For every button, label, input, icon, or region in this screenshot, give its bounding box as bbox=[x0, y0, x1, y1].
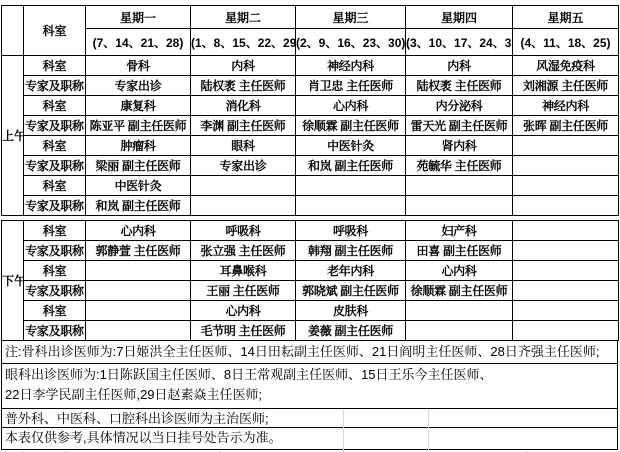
day-header: 星期五 bbox=[513, 6, 619, 29]
expert-cell: 陈亚平 副主任医师 bbox=[86, 116, 191, 136]
dept-cell: 呼吸科 bbox=[191, 221, 296, 241]
expert-cell: 徐顺霖 副主任医师 bbox=[406, 281, 513, 301]
row-label: 科室 bbox=[24, 261, 86, 281]
corner-empty-cell bbox=[2, 6, 24, 56]
dept-cell bbox=[513, 136, 619, 156]
row-label: 科室 bbox=[24, 96, 86, 116]
row-label: 专家及职称 bbox=[24, 116, 86, 136]
expert-cell: 和岚 副主任医师 bbox=[296, 156, 406, 176]
dept-cell: 消化科 bbox=[191, 96, 296, 116]
day-dates: (1、8、15、22、29) bbox=[191, 29, 296, 56]
expert-cell bbox=[86, 321, 191, 341]
footnotes: 注:骨科出诊医师为:7日姬洪全主任医师、14日田耘副主任医师、21日阎明主任医师… bbox=[1, 341, 618, 450]
expert-cell bbox=[296, 196, 406, 216]
dept-cell bbox=[406, 176, 513, 196]
row-label: 科室 bbox=[24, 56, 86, 76]
table-row: 专家及职称 梁丽 副主任医师 专家出诊 和岚 副主任医师 苑毓华 主任医师 bbox=[2, 156, 619, 176]
dept-cell bbox=[86, 261, 191, 281]
dept-cell: 耳鼻喉科 bbox=[191, 261, 296, 281]
day-header: 星期二 bbox=[191, 6, 296, 29]
dept-cell bbox=[86, 301, 191, 321]
day-dates: (3、10、17、24、31) bbox=[406, 29, 513, 56]
dept-cell: 眼科 bbox=[191, 136, 296, 156]
day-dates: (2、9、16、23、30) bbox=[296, 29, 406, 56]
dept-cell: 呼吸科 bbox=[296, 221, 406, 241]
dept-cell: 老年内科 bbox=[296, 261, 406, 281]
row-label: 科室 bbox=[24, 176, 86, 196]
row-label: 科室 bbox=[24, 301, 86, 321]
dept-cell: 心内科 bbox=[406, 261, 513, 281]
day-dates: (4、11、18、25) bbox=[513, 29, 619, 56]
expert-cell bbox=[513, 281, 619, 301]
expert-cell: 姜薇 副主任医师 bbox=[296, 321, 406, 341]
expert-cell bbox=[513, 321, 619, 341]
gridline bbox=[343, 409, 344, 450]
row-label: 专家及职称 bbox=[24, 241, 86, 261]
expert-cell: 雷天光 副主任医师 bbox=[406, 116, 513, 136]
expert-cell: 李渊 副主任医师 bbox=[191, 116, 296, 136]
expert-cell bbox=[406, 321, 513, 341]
expert-cell bbox=[513, 196, 619, 216]
table-row: 专家及职称 专家出诊 陆权袤 主任医师 肖卫忠 主任医师 陆权袤 主任医师 刘湘… bbox=[2, 76, 619, 96]
row-label: 专家及职称 bbox=[24, 281, 86, 301]
row-label: 科室 bbox=[24, 136, 86, 156]
expert-cell: 田喜 副主任医师 bbox=[406, 241, 513, 261]
table-row: 下午 科室 心内科 呼吸科 呼吸科 妇产科 bbox=[2, 221, 619, 241]
expert-cell: 专家出诊 bbox=[191, 156, 296, 176]
dept-cell: 肾内科 bbox=[406, 136, 513, 156]
dept-cell: 康复科 bbox=[86, 96, 191, 116]
expert-cell: 徐顺霖 副主任医师 bbox=[296, 116, 406, 136]
row-label: 专家及职称 bbox=[24, 76, 86, 96]
expert-cell: 郭晓斌 副主任医师 bbox=[296, 281, 406, 301]
expert-cell: 王丽 主任医师 bbox=[191, 281, 296, 301]
expert-cell: 苑毓华 主任医师 bbox=[406, 156, 513, 176]
dept-cell: 骨科 bbox=[86, 56, 191, 76]
dept-cell bbox=[191, 176, 296, 196]
expert-cell bbox=[86, 281, 191, 301]
gridline bbox=[428, 409, 429, 450]
expert-cell bbox=[513, 241, 619, 261]
note-line: 本表仅供参考,具体情况以当日挂号处告示为准。 bbox=[1, 428, 618, 450]
table-row: 专家及职称 郭静萱 主任医师 张立强 主任医师 韩翔 副主任医师 田喜 副主任医… bbox=[2, 241, 619, 261]
expert-cell: 梁丽 副主任医师 bbox=[86, 156, 191, 176]
dept-cell: 心内科 bbox=[86, 221, 191, 241]
dept-cell: 中医针灸 bbox=[86, 176, 191, 196]
day-header: 星期四 bbox=[406, 6, 513, 29]
dept-cell: 肿瘤科 bbox=[86, 136, 191, 156]
dept-cell bbox=[406, 301, 513, 321]
dept-cell: 神经内科 bbox=[513, 96, 619, 116]
expert-cell bbox=[513, 156, 619, 176]
expert-cell bbox=[406, 196, 513, 216]
dept-cell bbox=[513, 221, 619, 241]
note-line: 眼科出诊医师为:1日陈跃国主任医师、8日王常观副主任医师、15日王乐今主任医师、… bbox=[1, 364, 618, 409]
note-line: 注:骨科出诊医师为:7日姬洪全主任医师、14日田耘副主任医师、21日阎明主任医师… bbox=[1, 341, 618, 364]
period-afternoon-label: 下午 bbox=[2, 221, 24, 341]
corner-label: 科室 bbox=[24, 6, 86, 56]
table-row: 专家及职称 和岚 副主任医师 bbox=[2, 196, 619, 216]
schedule-sheet: 科室 星期一 星期二 星期三 星期四 星期五 (7、14、21、28) (1、8… bbox=[0, 0, 620, 452]
expert-cell: 肖卫忠 主任医师 bbox=[296, 76, 406, 96]
dept-cell bbox=[513, 301, 619, 321]
table-row: 科室 康复科 消化科 心内科 内分泌科 神经内科 bbox=[2, 96, 619, 116]
dept-cell: 心内科 bbox=[296, 96, 406, 116]
expert-cell: 和岚 副主任医师 bbox=[86, 196, 191, 216]
dept-cell bbox=[513, 176, 619, 196]
dept-cell: 内科 bbox=[406, 56, 513, 76]
table-row: 科室 耳鼻喉科 老年内科 心内科 bbox=[2, 261, 619, 281]
dept-cell: 内分泌科 bbox=[406, 96, 513, 116]
day-header-row: 科室 星期一 星期二 星期三 星期四 星期五 bbox=[2, 6, 619, 29]
expert-cell: 陆权袤 主任医师 bbox=[191, 76, 296, 96]
table-row: 上午 科室 骨科 内科 神经内科 内科 风湿免疫科 bbox=[2, 56, 619, 76]
schedule-table: 科室 星期一 星期二 星期三 星期四 星期五 (7、14、21、28) (1、8… bbox=[1, 5, 619, 341]
row-label: 专家及职称 bbox=[24, 156, 86, 176]
expert-cell: 郭静萱 主任医师 bbox=[86, 241, 191, 261]
expert-cell: 张立强 主任医师 bbox=[191, 241, 296, 261]
day-header: 星期三 bbox=[296, 6, 406, 29]
table-row: 专家及职称 毛节明 主任医师 姜薇 副主任医师 bbox=[2, 321, 619, 341]
dept-cell: 神经内科 bbox=[296, 56, 406, 76]
dept-cell bbox=[513, 261, 619, 281]
table-row: 科室 肿瘤科 眼科 中医针灸 肾内科 bbox=[2, 136, 619, 156]
dept-cell: 风湿免疫科 bbox=[513, 56, 619, 76]
expert-cell: 毛节明 主任医师 bbox=[191, 321, 296, 341]
row-label: 专家及职称 bbox=[24, 321, 86, 341]
expert-cell: 张晖 副主任医师 bbox=[513, 116, 619, 136]
dept-cell bbox=[296, 176, 406, 196]
dept-cell: 中医针灸 bbox=[296, 136, 406, 156]
row-label: 专家及职称 bbox=[24, 196, 86, 216]
expert-cell: 韩翔 副主任医师 bbox=[296, 241, 406, 261]
expert-cell bbox=[191, 196, 296, 216]
table-row: 科室 心内科 皮肤科 bbox=[2, 301, 619, 321]
expert-cell: 专家出诊 bbox=[86, 76, 191, 96]
day-header: 星期一 bbox=[86, 6, 191, 29]
dept-cell: 内科 bbox=[191, 56, 296, 76]
table-row: 专家及职称 陈亚平 副主任医师 李渊 副主任医师 徐顺霖 副主任医师 雷天光 副… bbox=[2, 116, 619, 136]
period-morning-label: 上午 bbox=[2, 56, 24, 216]
dates-row: (7、14、21、28) (1、8、15、22、29) (2、9、16、23、3… bbox=[2, 29, 619, 56]
table-row: 专家及职称 王丽 主任医师 郭晓斌 副主任医师 徐顺霖 副主任医师 bbox=[2, 281, 619, 301]
expert-cell: 刘湘源 主任医师 bbox=[513, 76, 619, 96]
expert-cell: 陆权袤 主任医师 bbox=[406, 76, 513, 96]
dept-cell: 心内科 bbox=[191, 301, 296, 321]
dept-cell: 皮肤科 bbox=[296, 301, 406, 321]
day-dates: (7、14、21、28) bbox=[86, 29, 191, 56]
table-row: 科室 中医针灸 bbox=[2, 176, 619, 196]
note-line: 普外科、中医科、口腔科出诊医师为主治医师; bbox=[1, 409, 618, 428]
row-label: 科室 bbox=[24, 221, 86, 241]
dept-cell: 妇产科 bbox=[406, 221, 513, 241]
